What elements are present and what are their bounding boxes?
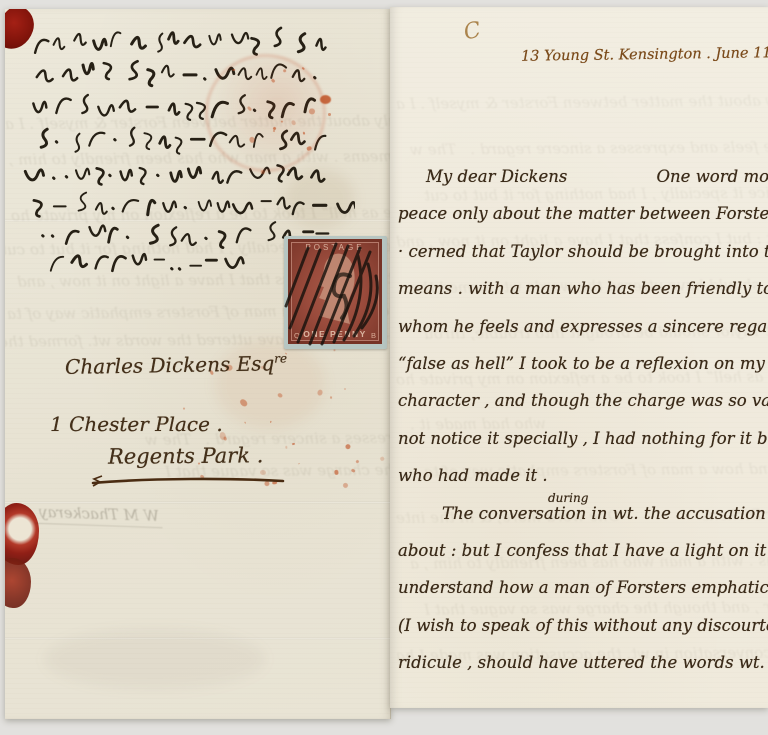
shorthand-stroke: [41, 129, 47, 147]
shorthand-stroke: [162, 66, 174, 77]
postmark-speck: [298, 462, 300, 464]
postmark-speck: [223, 436, 227, 441]
shorthand-stroke: [66, 177, 67, 178]
shorthand-stroke: [35, 40, 48, 53]
fold-crease: [5, 637, 390, 640]
shorthand-line: [35, 28, 325, 54]
postmark-speck: [239, 398, 248, 407]
ghost-signature: W M Thackeray: [35, 503, 164, 528]
postmark-speck: [345, 443, 352, 449]
letter-body: My dear Dickens One word more, & in the …: [398, 167, 768, 707]
postmark-speck: [330, 396, 333, 399]
shorthand-stroke: [185, 207, 186, 208]
shorthand-stroke: [163, 202, 176, 212]
shorthand-stroke: [218, 202, 230, 212]
shorthand-stroke: [188, 167, 200, 177]
letter-line: means . with a man who has been friendly…: [398, 279, 768, 316]
shorthand-stroke: [51, 257, 63, 271]
shorthand-stroke: [293, 202, 304, 214]
shorthand-stroke: [148, 200, 155, 214]
shorthand-stroke: [75, 134, 79, 152]
letter-page: peace only about the matter between Fors…: [390, 7, 768, 708]
shorthand-stroke: [94, 39, 106, 49]
shorthand-stroke: [111, 32, 121, 46]
postmark-speck: [344, 388, 346, 390]
shorthand-stroke: [56, 99, 70, 113]
address-street: 1 Chester Place .: [50, 412, 223, 436]
shorthand-stroke: [82, 95, 87, 113]
letter-line: character , and though the charge was so…: [398, 391, 768, 428]
paper-stain: [45, 629, 265, 689]
shorthand-stroke: [33, 102, 46, 112]
shorthand-stroke: [150, 225, 158, 243]
shorthand-stroke: [63, 70, 77, 81]
shorthand-stroke: [199, 200, 211, 210]
shorthand-stroke: [140, 168, 146, 184]
shorthand-stroke: [232, 33, 248, 43]
shorthand-stroke: [169, 104, 179, 115]
postmark-speck: [379, 456, 385, 462]
shorthand-stroke: [53, 178, 54, 179]
recipient-name: Charles Dickens Esq: [65, 351, 275, 379]
shorthand-stroke: [98, 105, 114, 115]
corner-mark: C: [462, 18, 484, 46]
shorthand-stroke: [186, 104, 193, 120]
address-underline-flourish: [91, 473, 291, 489]
postmark-speck: [330, 396, 333, 399]
shorthand-stroke: [170, 227, 176, 245]
esquire-suffix: re: [274, 351, 287, 365]
postmark-speck: [343, 482, 349, 489]
letter-photograph: peace only about the matter between Fors…: [0, 0, 768, 735]
shorthand-stroke: [123, 200, 138, 211]
wax-seal: [5, 503, 39, 565]
letter-line: My dear Dickens One word more, & in the …: [398, 167, 768, 204]
shorthand-stroke: [206, 238, 207, 239]
shorthand-stroke: [160, 137, 170, 148]
address-leaf: peace only about the matter between Fors…: [5, 9, 391, 719]
shorthand-stroke: [148, 70, 154, 86]
ghost-line: whom he feels and expresses a sincere re…: [410, 137, 768, 159]
shorthand-stroke: [96, 256, 108, 268]
shorthand-stroke: [288, 168, 302, 179]
shorthand-stroke: [25, 170, 43, 180]
postmark-speck: [334, 470, 339, 475]
shorthand-stroke: [316, 39, 325, 50]
shorthand-stroke: [121, 170, 132, 180]
address-recipient: Charles Dickens Esqre: [65, 351, 288, 379]
shorthand-stroke: [56, 142, 57, 143]
postmark-speck: [356, 460, 360, 464]
shorthand-stroke: [79, 193, 87, 211]
shorthand-stroke: [83, 64, 93, 74]
interlinear-insertion: during: [548, 491, 588, 505]
shorthand-stroke: [109, 228, 118, 242]
shorthand-stroke: [113, 208, 114, 209]
shorthand-stroke: [219, 232, 225, 248]
shorthand-stroke: [213, 172, 223, 183]
shorthand-stroke: [133, 254, 146, 264]
letter-line: · cerned that Taylor should be brought i…: [398, 242, 768, 279]
shorthand-stroke: [89, 133, 104, 146]
red-postmark: [205, 54, 326, 172]
shorthand-stroke: [132, 37, 146, 48]
wax-seal-fragment: [5, 558, 31, 608]
shorthand-stroke: [54, 38, 65, 49]
shorthand-stroke: [227, 171, 241, 182]
shorthand-stroke: [104, 63, 111, 79]
shorthand-stroke: [34, 200, 42, 216]
ghost-line: peace only about the matter between Fors…: [396, 91, 768, 113]
shorthand-stroke: [176, 138, 182, 154]
shorthand-stroke: [110, 175, 111, 176]
shorthand-stroke: [97, 168, 104, 184]
address-district: Regents Park .: [108, 443, 264, 468]
shorthand-stroke: [127, 237, 128, 238]
letter-line: ridicule , should have uttered the words…: [398, 653, 768, 690]
shorthand-stroke: [169, 33, 179, 44]
shorthand-stroke: [76, 169, 89, 179]
shorthand-stroke: [158, 34, 162, 52]
shorthand-stroke: [182, 234, 196, 245]
shorthand-stroke: [311, 171, 324, 182]
shorthand-stroke: [37, 70, 53, 81]
shorthand-stroke: [120, 101, 135, 112]
shorthand-stroke: [89, 226, 105, 236]
letter-line: peace only about the matter between Fors…: [398, 204, 768, 241]
shorthand-stroke: [74, 34, 86, 45]
shorthand-stroke: [157, 175, 158, 176]
letter-line: The conversation in wt. the accusation w…: [398, 504, 768, 541]
postmark-speck: [292, 443, 295, 445]
postmark-speck: [317, 389, 324, 396]
shorthand-stroke: [252, 38, 259, 54]
shorthand-stroke: [130, 61, 138, 79]
shorthand-stroke: [66, 231, 78, 244]
dateline: 13 Young St. Kensington . June 11. 1847: [521, 45, 767, 64]
postmark-speck: [285, 446, 288, 449]
penny-red-stamp: POSTAGE ONE PENNY Q B: [284, 236, 387, 349]
shorthand-stroke: [96, 203, 107, 214]
red-postmark-dot: [320, 95, 331, 104]
shorthand-line: [34, 193, 355, 217]
shorthand-stroke: [237, 228, 251, 242]
postmark-speck: [270, 421, 272, 423]
shorthand-stroke: [275, 28, 281, 46]
postmark-speck: [244, 421, 246, 423]
letter-line: about : but I confess that I have a ligh…: [398, 541, 768, 578]
shorthand-stroke: [172, 268, 173, 269]
letter-line: “false as hell” I took to be a reflexion…: [398, 354, 768, 391]
shorthand-stroke: [209, 34, 220, 44]
letter-line: whom he feels and expresses a sincere re…: [398, 317, 768, 354]
shorthand-stroke: [338, 202, 355, 212]
shorthand-stroke: [184, 36, 200, 47]
shorthand-stroke: [43, 236, 44, 237]
letter-line: not notice it specially , I had nothing …: [398, 429, 768, 466]
shorthand-stroke: [197, 103, 205, 119]
postmark-speck: [277, 393, 283, 399]
shorthand-stroke: [298, 34, 304, 52]
shorthand-stroke: [278, 198, 290, 209]
shorthand-stroke: [204, 79, 205, 80]
shorthand-stroke: [112, 256, 125, 270]
shorthand-stroke: [130, 128, 134, 146]
shorthand-stroke: [52, 236, 53, 237]
letter-line: understand how a man of Forsters emphati…: [398, 578, 768, 615]
letter-line: (I wish to speak of this without any dis…: [398, 616, 768, 653]
shorthand-line: [51, 254, 244, 271]
postmark-speck: [183, 408, 185, 411]
shorthand-stroke: [171, 171, 182, 181]
postmark-speck: [351, 468, 355, 472]
shorthand-stroke: [233, 203, 252, 213]
cancellation-mark: [284, 236, 387, 349]
shorthand-stroke: [144, 133, 151, 149]
shorthand-stroke: [72, 256, 87, 267]
shorthand-stroke: [226, 258, 244, 268]
shorthand-stroke: [269, 222, 276, 240]
shorthand-stroke: [179, 269, 180, 270]
shorthand-stroke: [115, 139, 116, 140]
